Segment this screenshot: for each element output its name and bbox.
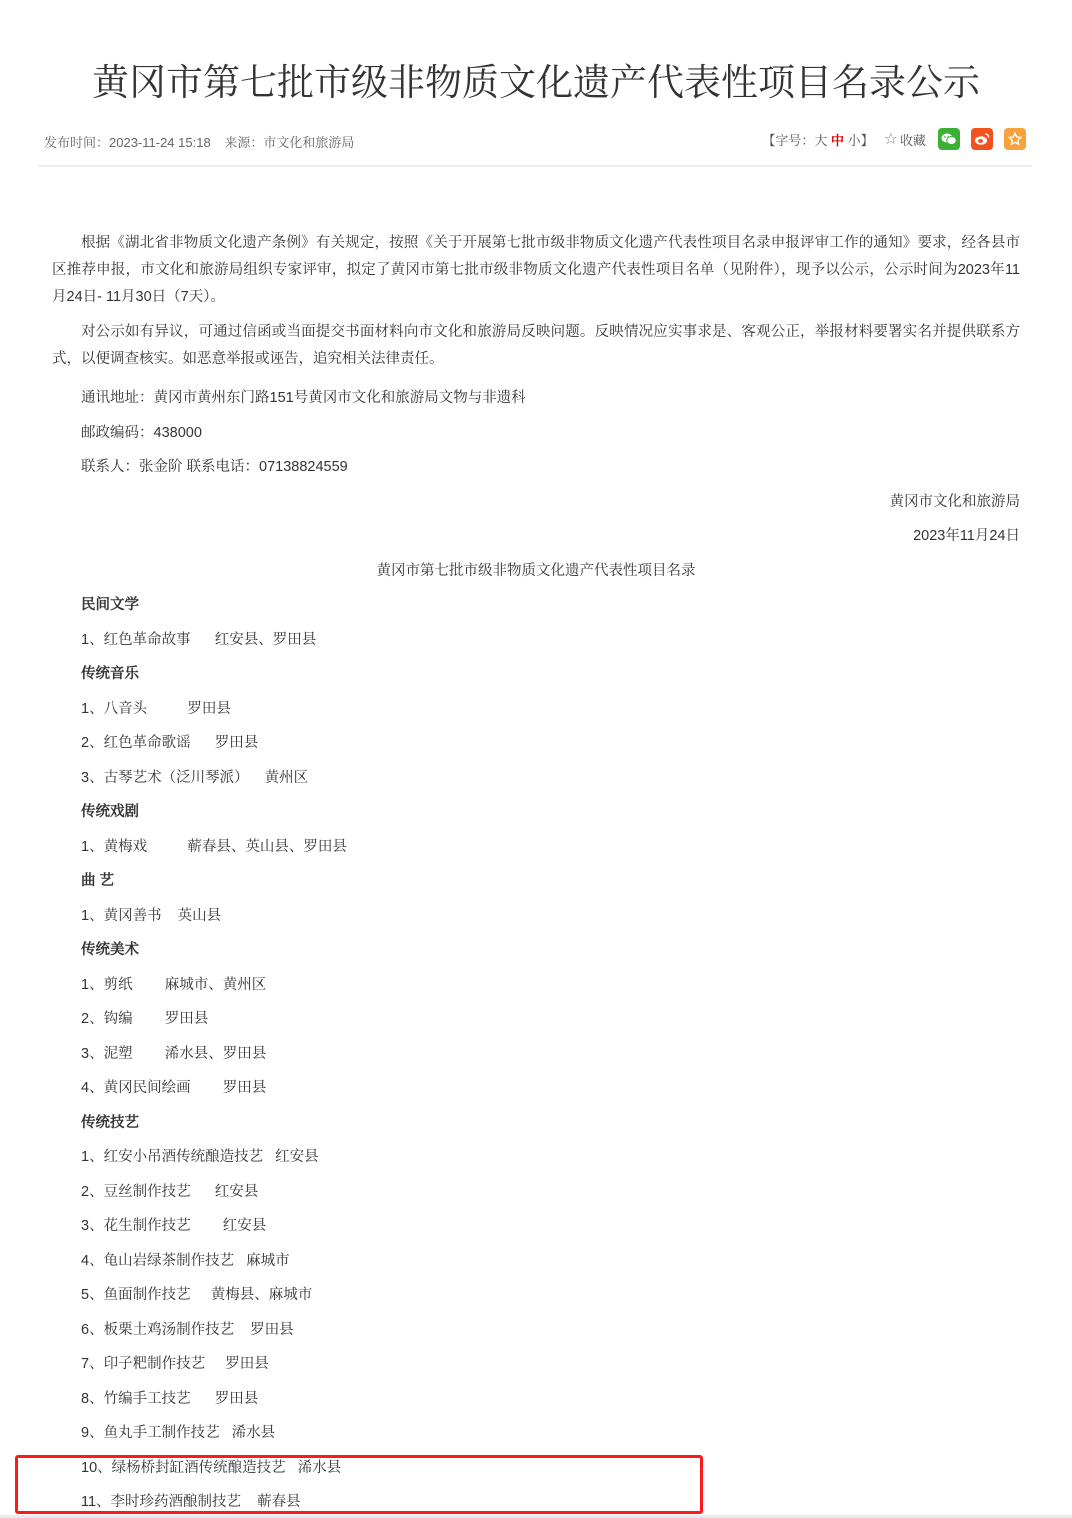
intro-paragraph: 根据《湖北省非物质文化遗产条例》有关规定，按照《关于开展第七批市级非物质文化遗产…	[52, 230, 1020, 311]
font-small-button[interactable]: 小	[848, 133, 861, 148]
category-heading: 民间文学	[52, 588, 1020, 623]
page-title: 黄冈市第七批市级非物质文化遗产代表性项目名录公示	[0, 52, 1072, 106]
favorite-button[interactable]: ☆ 收藏	[884, 129, 926, 149]
article-content: 根据《湖北省非物质文化遗产条例》有关规定，按照《关于开展第七批市级非物质文化遗产…	[52, 230, 1020, 1518]
category-heading: 传统音乐	[52, 657, 1020, 692]
weibo-icon	[974, 132, 990, 146]
list-item: 7、印子粑制作技艺 罗田县	[52, 1347, 1020, 1382]
category-heading: 传统技艺	[52, 1106, 1020, 1141]
signature-org: 黄冈市文化和旅游局	[52, 485, 1020, 520]
list-item: 6、板栗土鸡汤制作技艺 罗田县	[52, 1313, 1020, 1348]
list-item-highlighted: 11、李时珍药酒酿制技艺 蕲春县	[52, 1485, 1020, 1518]
list-item: 1、八音头 罗田县	[52, 692, 1020, 727]
list-item: 3、古琴艺术（泛川琴派） 黄州区	[52, 761, 1020, 796]
list-item: 8、竹编手工技艺 罗田县	[52, 1382, 1020, 1417]
wechat-share-button[interactable]	[938, 128, 960, 150]
postal-code: 邮政编码：438000	[52, 416, 1020, 451]
collect-share-button[interactable]	[1004, 128, 1026, 150]
list-item: 10、绿杨桥封缸酒传统酿造技艺 浠水县	[52, 1451, 1020, 1486]
category-heading: 传统戏剧	[52, 795, 1020, 830]
list-item: 5、鱼面制作技艺 黄梅县、麻城市	[52, 1278, 1020, 1313]
favorite-label: 收藏	[900, 130, 926, 149]
article-tools: 【字号：大 中 小】 ☆ 收藏	[762, 128, 1026, 150]
list-item: 1、红色革命故事 红安县、罗田县	[52, 623, 1020, 658]
font-medium-button[interactable]: 中	[831, 133, 844, 148]
article-source: 来源：市文化和旅游局	[224, 135, 354, 150]
list-item: 3、泥塑 浠水县、罗田县	[52, 1037, 1020, 1072]
list-title: 黄冈市第七批市级非物质文化遗产代表性项目名录	[52, 554, 1020, 589]
list-item: 1、黄冈善书 英山县	[52, 899, 1020, 934]
weibo-share-button[interactable]	[971, 128, 993, 150]
article-meta-bar: 发布时间：2023-11-24 15:18 来源：市文化和旅游局 【字号：大 中…	[38, 125, 1032, 167]
font-size-label: 【字号：	[762, 133, 814, 148]
contact-info: 联系人：张金阶 联系电话：07138824559	[52, 450, 1020, 485]
font-size-switcher: 【字号：大 中 小】	[762, 130, 873, 149]
category-heading: 曲 艺	[52, 864, 1020, 899]
font-size-suffix: 】	[861, 133, 874, 148]
article-meta: 发布时间：2023-11-24 15:18 来源：市文化和旅游局	[44, 132, 364, 151]
list-item: 1、红安小吊酒传统酿造技艺 红安县	[52, 1140, 1020, 1175]
list-item: 1、黄梅戏 蕲春县、英山县、罗田县	[52, 830, 1020, 865]
signature-date: 2023年11月24日	[52, 519, 1020, 554]
list-item: 2、钩编 罗田县	[52, 1002, 1020, 1037]
list-item: 9、鱼丸手工制作技艺 浠水县	[52, 1416, 1020, 1451]
list-item: 3、花生制作技艺 红安县	[52, 1209, 1020, 1244]
list-item: 4、龟山岩绿茶制作技艺 麻城市	[52, 1244, 1020, 1279]
list-item: 2、豆丝制作技艺 红安县	[52, 1175, 1020, 1210]
list-item: 1、剪纸 麻城市、黄州区	[52, 968, 1020, 1003]
star-icon	[1008, 132, 1022, 146]
category-heading: 传统美术	[52, 933, 1020, 968]
mailing-address: 通讯地址：黄冈市黄州东门路151号黄冈市文化和旅游局文物与非遗科	[52, 381, 1020, 416]
star-outline-icon: ☆	[884, 129, 898, 149]
font-large-button[interactable]: 大	[814, 133, 827, 148]
publish-time: 发布时间：2023-11-24 15:18	[44, 135, 211, 150]
wechat-icon	[941, 132, 957, 146]
list-item: 4、黄冈民间绘画 罗田县	[52, 1071, 1020, 1106]
objection-paragraph: 对公示如有异议，可通过信函或当面提交书面材料向市文化和旅游局反映问题。反映情况应…	[52, 319, 1020, 373]
list-item: 2、红色革命歌谣 罗田县	[52, 726, 1020, 761]
